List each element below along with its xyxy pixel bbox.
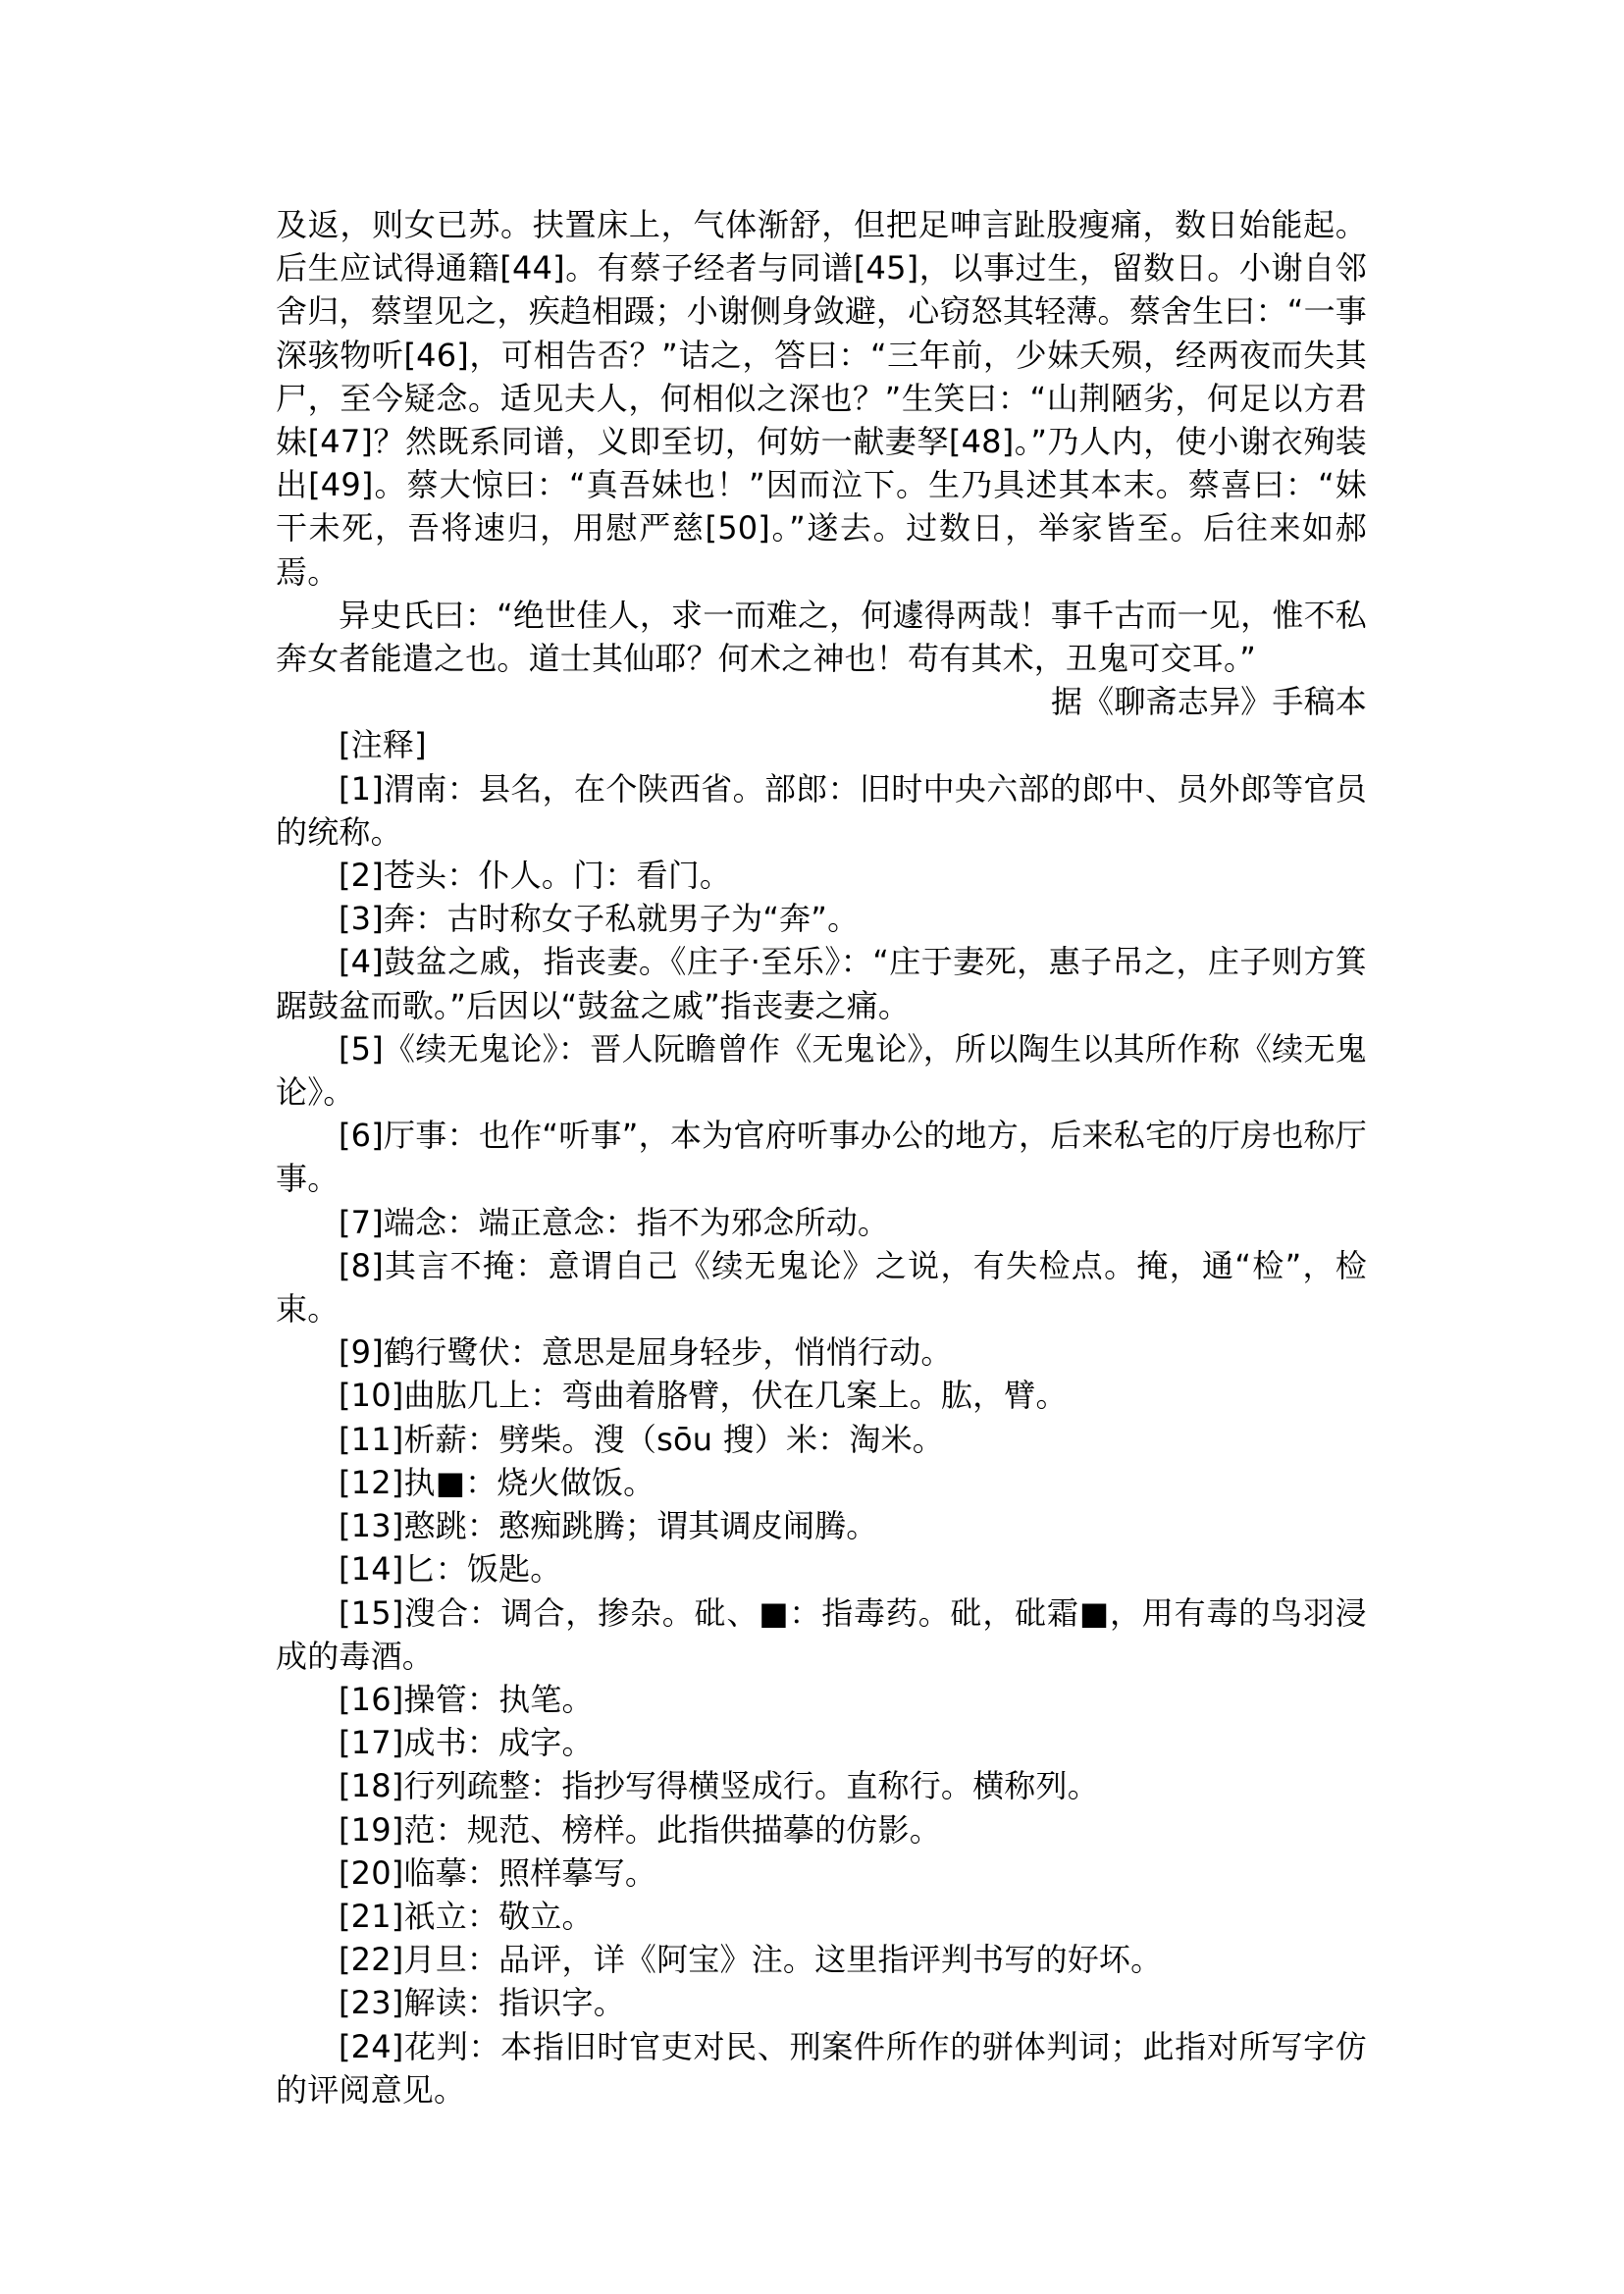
note-item: [16]操管：执笔。	[276, 1678, 1367, 1721]
note-item: [13]憨跳：憨痴跳腾；谓其调皮闹腾。	[276, 1504, 1367, 1547]
note-item: [22]月旦：品评，详《阿宝》注。这里指评判书写的好坏。	[276, 1938, 1367, 1981]
note-item: [12]执■：烧火做饭。	[276, 1461, 1367, 1504]
note-item: [9]鹤行鹭伏：意思是屈身轻步，悄悄行动。	[276, 1330, 1367, 1374]
note-item: [6]厅事：也作“听事”，本为官府听事办公的地方，后来私宅的厅房也称厅事。	[276, 1114, 1367, 1200]
body-paragraph: 及返，则女已苏。扶置床上，气体渐舒，但把足呻言趾股瘦痛，数日始能起。后生应试得通…	[276, 203, 1367, 594]
note-item: [24]花判：本指旧时官吏对民、刑案件所作的骈体判词；此指对所写字仿的评阅意见。	[276, 2025, 1367, 2112]
note-item: [18]行列疏整：指抄写得横竖成行。直称行。横称列。	[276, 1764, 1367, 1807]
note-item: [17]成书：成字。	[276, 1721, 1367, 1764]
notes-list: [1]渭南：县名，在个陕西省。部郎：旧时中央六部的郎中、员外郎等官员的统称。 […	[276, 767, 1367, 2112]
document-page: 及返，则女已苏。扶置床上，气体渐舒，但把足呻言趾股瘦痛，数日始能起。后生应试得通…	[276, 203, 1367, 2112]
note-item: [23]解读：指识字。	[276, 1981, 1367, 2024]
note-item: [11]析薪：劈柴。溲（sōu 搜）米：淘米。	[276, 1418, 1367, 1461]
note-item: [10]曲肱几上：弯曲着胳臂，伏在几案上。肱，臂。	[276, 1374, 1367, 1417]
note-item: [20]临摹：照样摹写。	[276, 1851, 1367, 1895]
note-item: [3]奔：古时称女子私就男子为“奔”。	[276, 897, 1367, 940]
note-item: [5]《续无鬼论》：晋人阮瞻曾作《无鬼论》，所以陶生以其所作称《续无鬼论》。	[276, 1027, 1367, 1114]
note-item: [14]匕：饭匙。	[276, 1547, 1367, 1590]
note-item: [4]鼓盆之戚，指丧妻。《庄子·至乐》：“庄于妻死，惠子吊之，庄子则方箕踞鼓盆而…	[276, 940, 1367, 1026]
note-item: [7]端念：端正意念：指不为邪念所动。	[276, 1201, 1367, 1244]
note-item: [2]苍头：仆人。门：看门。	[276, 854, 1367, 897]
notes-heading: [注释]	[276, 723, 1367, 766]
note-item: [19]范：规范、榜样。此指供描摹的仿影。	[276, 1808, 1367, 1851]
commentary-paragraph: 异史氏曰：“绝世佳人，求一而难之，何遽得两哉！事千古而一见，惟不私奔女者能遣之也…	[276, 594, 1367, 680]
note-item: [8]其言不掩：意谓自己《续无鬼论》之说，有失检点。掩，通“检”，检束。	[276, 1244, 1367, 1330]
source-line: 据《聊斋志异》手稿本	[276, 680, 1367, 723]
note-item: [1]渭南：县名，在个陕西省。部郎：旧时中央六部的郎中、员外郎等官员的统称。	[276, 767, 1367, 854]
note-item: [15]溲合：调合，掺杂。砒、■：指毒药。砒，砒霜■，用有毒的鸟羽浸成的毒酒。	[276, 1591, 1367, 1678]
note-item: [21]祇立：敬立。	[276, 1895, 1367, 1938]
